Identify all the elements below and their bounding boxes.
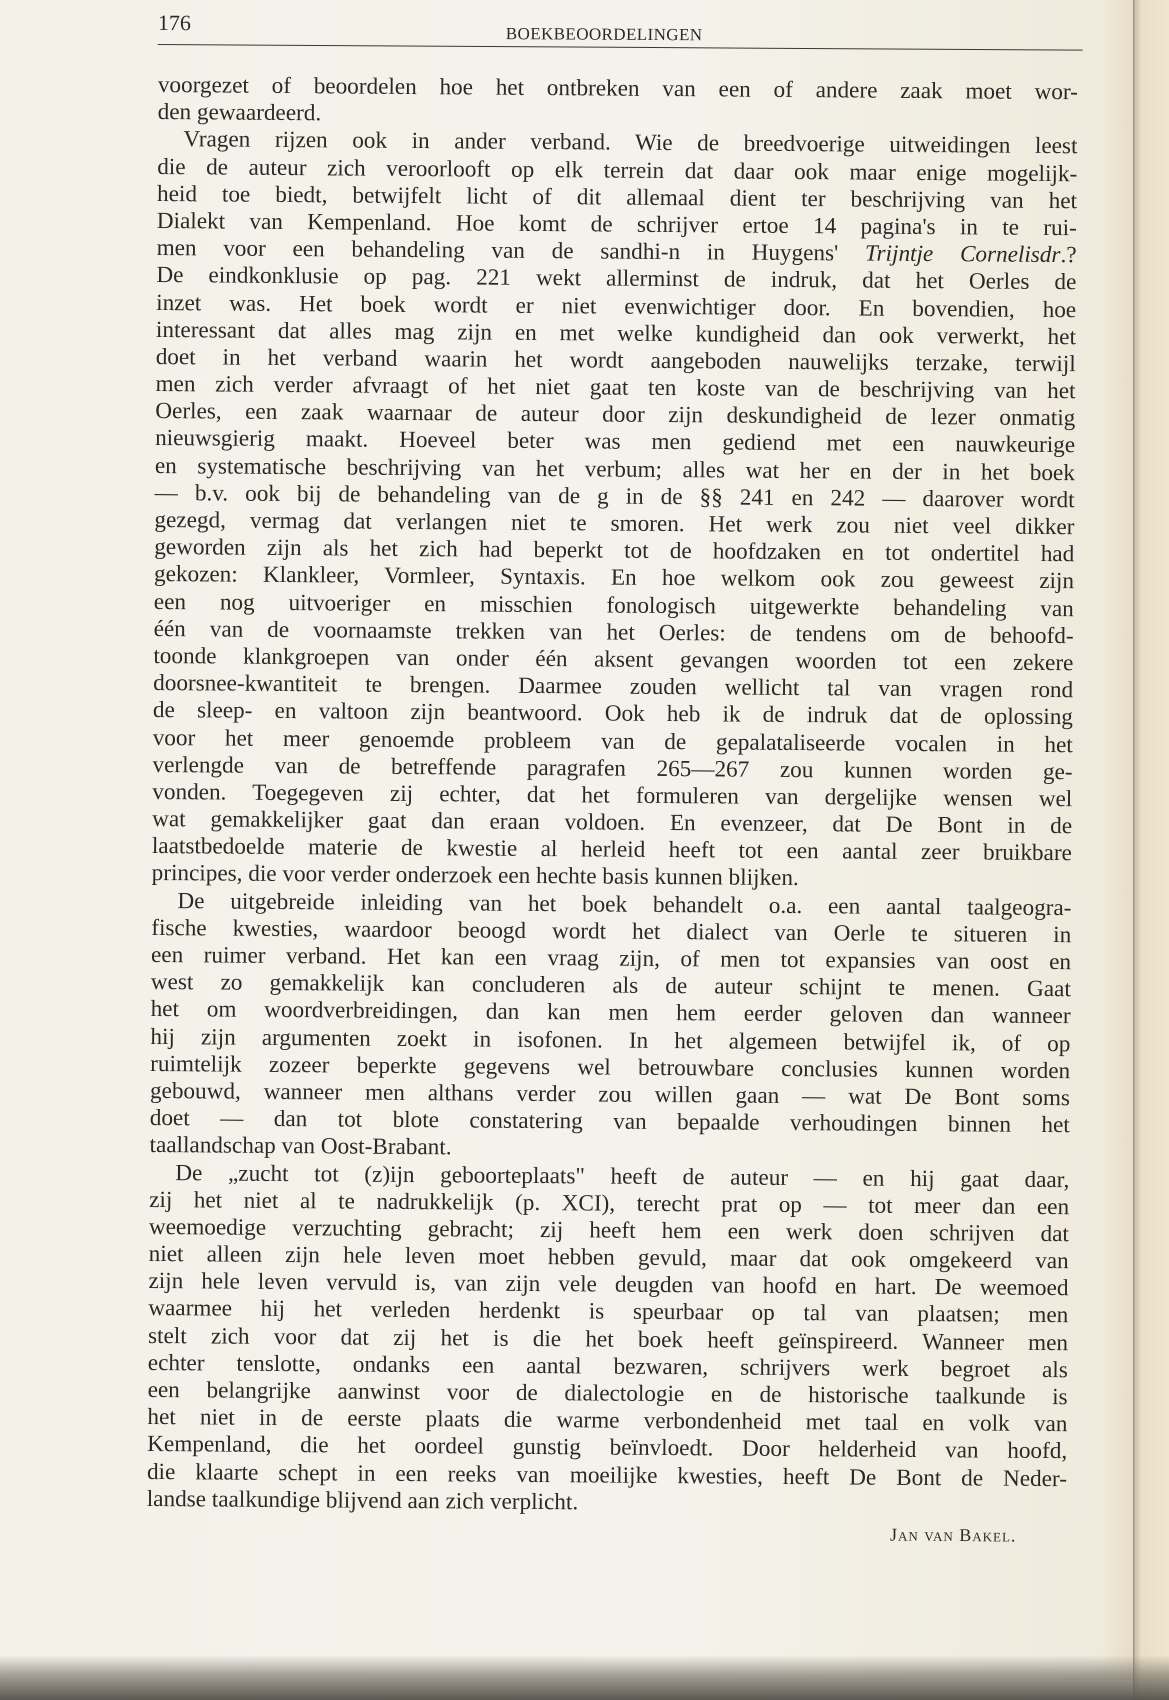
next-page-edge: [1133, 0, 1169, 1700]
review-body-text: voorgezet of beoordelen hoe het ontbreke…: [147, 72, 1078, 1520]
paragraph: voorgezet of beoordelen hoe het ontbreke…: [158, 72, 1078, 134]
page-number: 176: [158, 10, 191, 36]
paragraph: De uitgebreide inleiding van het boek be…: [149, 888, 1071, 1167]
page-header: 176 BOEKBEOORDELINGEN: [158, 4, 1083, 54]
paragraph: Vragen rijzen ook in ander verband. Wie …: [152, 126, 1078, 894]
italic-title: Trijntje Cornelisdr: [865, 241, 1061, 269]
scan-bottom-shadow: [0, 1655, 1169, 1700]
book-page: 176 BOEKBEOORDELINGEN voorgezet of beoor…: [0, 0, 1135, 1680]
header-rule: [158, 44, 1083, 51]
author-signature: Jan van Bakel.: [890, 1525, 1017, 1547]
running-title: BOEKBEOORDELINGEN: [506, 24, 703, 45]
paragraph: De „zucht tot (z)ijn geboorteplaats" hee…: [147, 1159, 1070, 1520]
